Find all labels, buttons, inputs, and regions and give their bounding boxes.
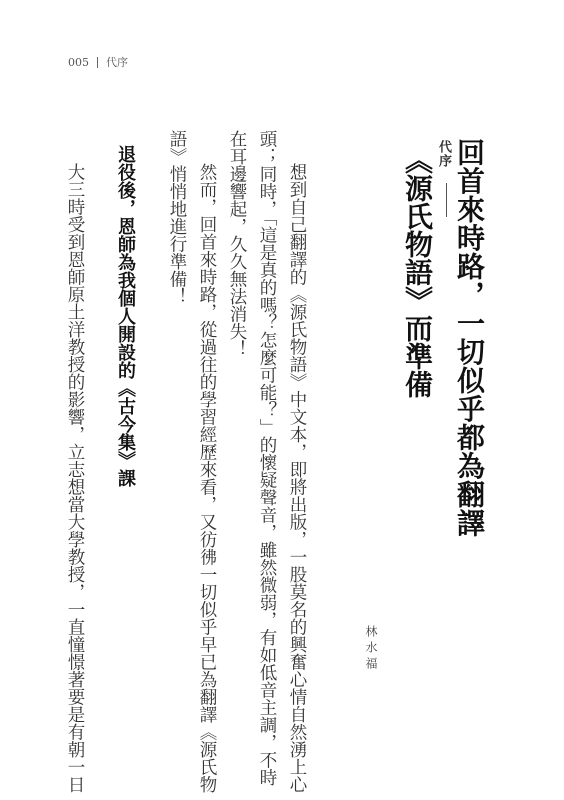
section-label: 代序 [434,140,453,168]
body-paragraph-3-line-1: 大三時受到恩師原土洋教授的影響，立志想當大學教授，一直憧憬著要是有朝一日 [60,163,90,793]
running-header: 005 代序 [68,54,128,70]
header-divider [97,57,98,68]
chapter-title-line-2: 《源氏物語》而準備 [400,146,434,398]
body-paragraph-1-line-1: 想到自己翻譯的《源氏物語》中文本，即將出版，一股莫名的興奮心情自然湧上心 [282,163,312,793]
section-label-rule [446,183,447,217]
chapter-title-line-1: 回首來時路，一切似乎都為翻譯 [452,138,486,537]
author-name: 林水福 [363,625,380,673]
body-paragraph-1-line-3: 在耳邊響起，久久無法消失！ [222,130,252,358]
body-paragraph-2-line-1: 然而，回首來時路，從過往的學習經歷來看，又彷彿一切似乎早已為翻譯《源氏物 [192,163,222,793]
body-paragraph-2-line-2: 語》悄悄地進行準備！ [162,130,192,305]
body-paragraph-1-line-2: 頭；同時，「這是真的嗎？怎麼可能？」的懷疑聲音，雖然微弱，有如低音主調，不時 [252,130,282,786]
running-section-title: 代序 [106,54,128,70]
subheading: 退役後，恩師為我個人開設的《古今集》課 [110,145,140,487]
page-number: 005 [68,56,89,69]
